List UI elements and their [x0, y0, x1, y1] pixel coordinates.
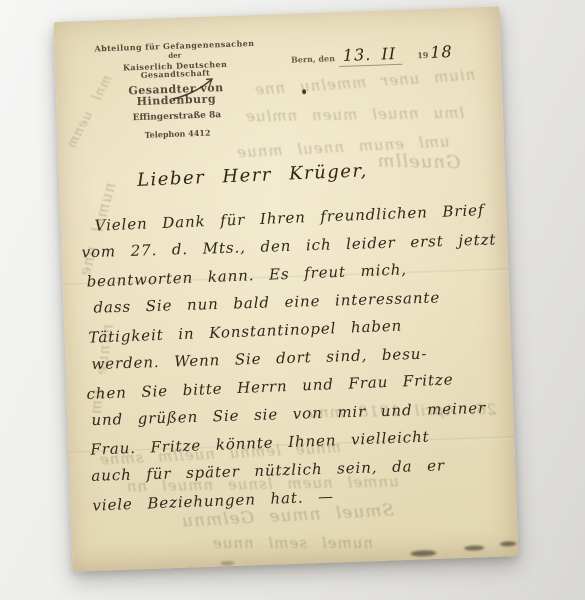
pen-stroke-mark	[171, 73, 218, 105]
dateline-year-handwritten: 18	[430, 42, 453, 62]
dateline-day-handwritten: 13.	[343, 45, 372, 65]
dateline-year-printed: 19	[417, 50, 428, 60]
dateline-month-handwritten: II	[381, 44, 396, 63]
letterhead-address-line: Effingerstraße 8a	[91, 109, 263, 124]
letter-paper: nium uner mmelnu nne lmu nnuel muen nmlu…	[54, 6, 519, 571]
salutation-line: Lieber Herr Krüger,	[137, 160, 368, 191]
ink-smudge	[410, 550, 436, 557]
bleed-through-line: numel seml nnue	[212, 534, 373, 552]
ink-smudge	[220, 561, 234, 565]
bleed-through-line: nium uner mmelnu nne	[253, 65, 475, 98]
ink-spot	[302, 89, 306, 94]
bleed-through-line: uml enum nneul mnue	[236, 132, 450, 161]
ink-smudge	[500, 541, 516, 547]
dateline-place-label: Bern, den	[291, 53, 335, 65]
dateline: Bern, den13. II 1918	[291, 40, 502, 68]
bleed-through-line: Gnuellm	[376, 151, 460, 173]
ink-smudge	[464, 545, 484, 551]
bleed-through-line: lmu nnuel muen nmlue	[245, 104, 465, 126]
letter-body: Vielen Dank für Ihren freundlichen Brief…	[80, 197, 499, 519]
letterhead-telephone-line: Telephon 4412	[91, 127, 263, 141]
photo-surface: { "scene": { "background_top_color": "#f…	[0, 0, 585, 600]
